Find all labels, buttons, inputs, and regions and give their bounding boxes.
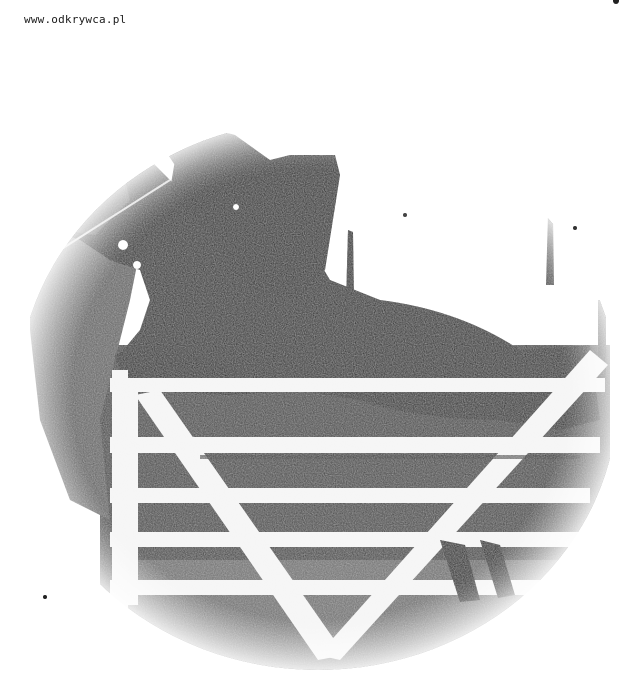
rider-cap [148,100,200,130]
horse-jump-photo [0,0,640,679]
